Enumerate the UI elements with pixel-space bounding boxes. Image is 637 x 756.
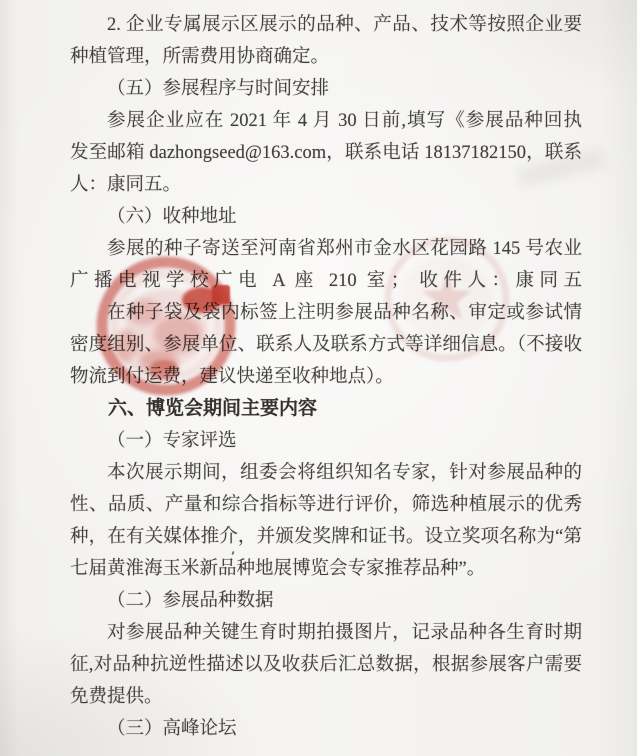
text-line: 参展企业应在 2021 年 4 月 30 日前,填写《参展品种回执表》, [70,105,582,137]
text-line: 性、品质、产量和综合指标等进行评价，筛选种植展示的优秀品 [70,489,582,521]
noise-speck [262,600,265,604]
text-line: 广播电视学校广电 A 座 210 室； 收件人：康同五 18137182150。 [70,265,582,297]
text-line: 对参展品种关键生育时期拍摄图片，记录品种各生育时期特 [70,617,582,649]
text-line: （三）高峰论坛 [70,713,582,745]
text-line: 免费提供。 [70,681,582,713]
text-line: （一）专家评选 [70,425,582,457]
text-line: 发至邮箱 dazhongseed@163.com，联系电话 1813718215… [70,137,582,169]
text-line: 物流到付运费，建议快递至收种地点）。 [70,361,582,393]
text-line: 征,对品种抗逆性描述以及收获后汇总数据，根据参展客户需要 [70,649,582,681]
text-line: 参展的种子寄送至河南省郑州市金水区花园路 145 号农业 [70,233,582,265]
text-line: 种，在有关媒体推介，并颁发奖牌和证书。设立奖项名称为“第 [70,521,582,553]
text-line: （六）收种地址 [70,201,582,233]
text-line: 在种子袋及袋内标签上注明参展品种名称、审定或参试情况、 [70,297,582,329]
text-line: 人：康同五。 [70,169,582,201]
text-block: 2. 企业专属展示区展示的品种、产品、技术等按照企业要求种植管理，所需费用协商确… [70,9,582,745]
text-line: 密度组别、参展单位、联系人及联系方式等详细信息。（不接收 [70,329,582,361]
document-page: 2. 企业专属展示区展示的品种、产品、技术等按照企业要求种植管理，所需费用协商确… [0,0,637,756]
text-line: 本次展示期间，组委会将组织知名专家，针对参展品种的抗 [70,457,582,489]
text-line: 种植管理，所需费用协商确定。 [70,41,582,73]
text-line: 七届黄淮海玉米新品种地展博览会专家推荐品种”。 [70,553,582,585]
section-heading: 六、博览会期间主要内容 [70,393,582,425]
text-line: （二）参展品种数据 [70,585,582,617]
text-line: 2. 企业专属展示区展示的品种、产品、技术等按照企业要求 [70,9,582,41]
text-line: （五）参展程序与时间安排 [70,73,582,105]
